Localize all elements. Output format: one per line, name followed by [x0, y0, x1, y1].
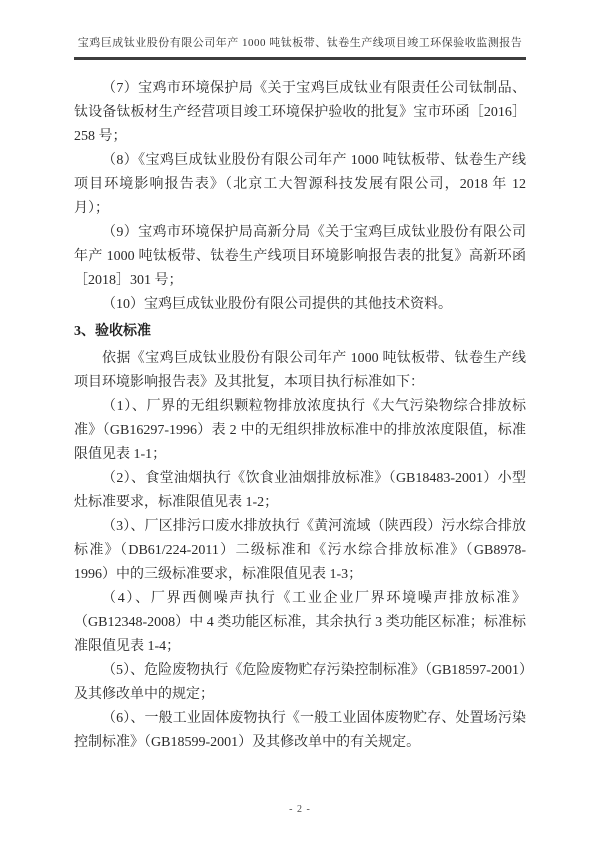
- reference-item-10: （10）宝鸡巨成钛业股份有限公司提供的其他技术资料。: [74, 293, 526, 317]
- reference-item-8: （8）《宝鸡巨成钛业股份有限公司年产 1000 吨钛板带、钛卷生产线项目环境影响…: [74, 149, 526, 221]
- standard-item-5: （5）、危险废物执行《危险废物贮存污染控制标准》（GB18597-2001）及其…: [74, 659, 526, 707]
- page-number: - 2 -: [0, 804, 600, 815]
- document-body: （7）宝鸡市环境保护局《关于宝鸡巨成钛业有限责任公司钛制品、钛设备钛板材生产经营…: [74, 77, 526, 755]
- section-heading-acceptance-standards: 3、验收标准: [74, 320, 526, 344]
- reference-item-9: （9）宝鸡市环境保护局高新分局《关于宝鸡巨成钛业股份有限公司年产 1000 吨钛…: [74, 221, 526, 293]
- standard-item-4: （4）、厂界西侧噪声执行《工业企业厂界环境噪声排放标准》（GB12348-200…: [74, 587, 526, 659]
- page-header-title: 宝鸡巨成钛业股份有限公司年产 1000 吨钛板带、钛卷生产线项目竣工环保验收监测…: [70, 0, 530, 50]
- standards-intro-paragraph: 依据《宝鸡巨成钛业股份有限公司年产 1000 吨钛板带、钛卷生产线项目环境影响报…: [74, 347, 526, 395]
- header-rule: [74, 57, 526, 60]
- reference-item-7: （7）宝鸡市环境保护局《关于宝鸡巨成钛业有限责任公司钛制品、钛设备钛板材生产经营…: [74, 77, 526, 149]
- standard-item-6: （6）、一般工业固体废物执行《一般工业固体废物贮存、处置场污染控制标准》（GB1…: [74, 707, 526, 755]
- standard-item-1: （1）、厂界的无组织颗粒物排放浓度执行《大气污染物综合排放标准》（GB16297…: [74, 395, 526, 467]
- standard-item-2: （2）、食堂油烟执行《饮食业油烟排放标准》（GB18483-2001）小型灶标准…: [74, 467, 526, 515]
- standard-item-3: （3）、厂区排污口废水排放执行《黄河流域（陕西段）污水综合排放标准》（DB61/…: [74, 515, 526, 587]
- document-page: 宝鸡巨成钛业股份有限公司年产 1000 吨钛板带、钛卷生产线项目竣工环保验收监测…: [0, 0, 600, 853]
